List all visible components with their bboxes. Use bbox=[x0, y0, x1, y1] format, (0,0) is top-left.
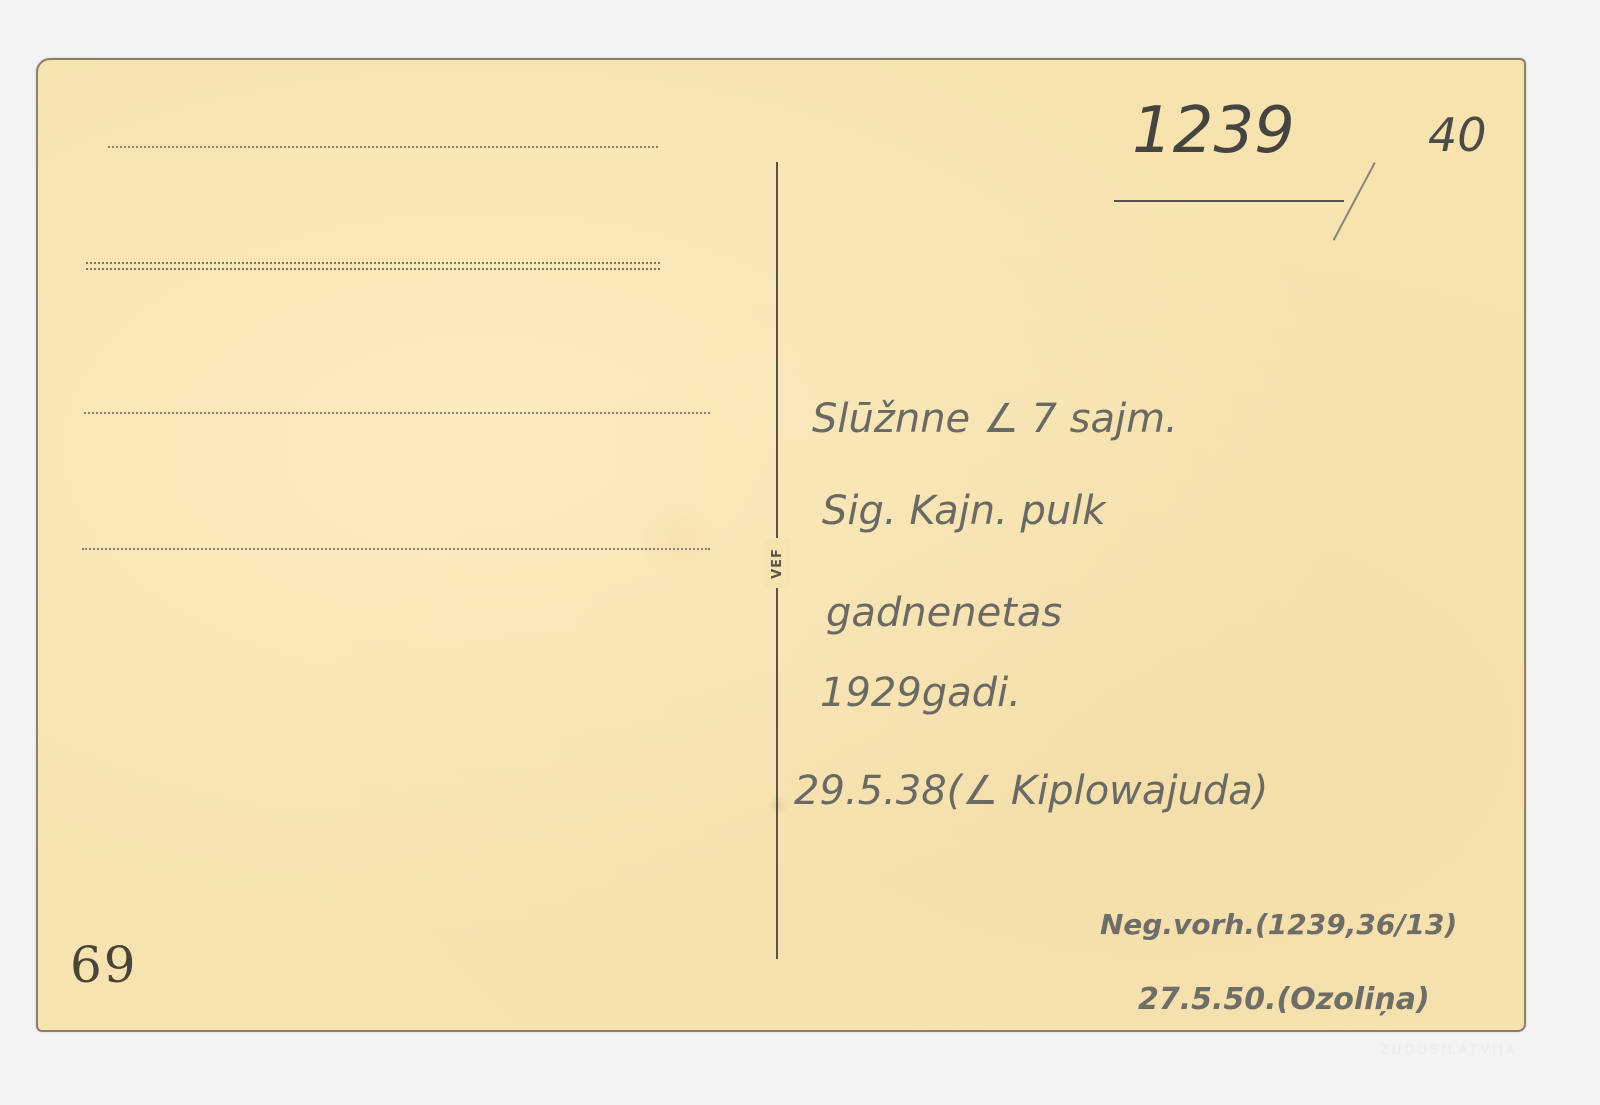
address-line-3 bbox=[84, 412, 710, 414]
postcard-back: VEF 69 1239 40 Slūžnne ∠ 7 sajm. Sig. Ka… bbox=[36, 58, 1526, 1032]
watermark: ZUDUSILATVIJA bbox=[1380, 1043, 1518, 1058]
archive-suffix: 40 bbox=[1428, 108, 1487, 162]
handwritten-note-2: Sig. Kajn. pulk bbox=[822, 488, 1106, 534]
card-number: 69 bbox=[70, 936, 138, 994]
handwritten-note-1: Slūžnne ∠ 7 sajm. bbox=[812, 396, 1178, 442]
negative-reference: Neg.vorh.(1239,36/13) bbox=[1100, 908, 1457, 941]
address-line-2 bbox=[86, 262, 660, 264]
address-line-1 bbox=[108, 146, 658, 148]
archive-underline bbox=[1114, 200, 1344, 202]
acquisition-date: 27.5.50.(Ozoliņa) bbox=[1138, 982, 1430, 1017]
divider-label: VEF bbox=[764, 538, 790, 588]
address-line-4 bbox=[82, 548, 710, 550]
handwritten-note-5: 29.5.38(∠ Kiplowajuda) bbox=[794, 768, 1268, 814]
handwritten-note-4: 1929gadi. bbox=[820, 670, 1021, 716]
divider-label-text: VEF bbox=[770, 548, 785, 579]
handwritten-note-3: gadnenetas bbox=[826, 590, 1062, 636]
archive-number: 1239 bbox=[1132, 94, 1295, 168]
